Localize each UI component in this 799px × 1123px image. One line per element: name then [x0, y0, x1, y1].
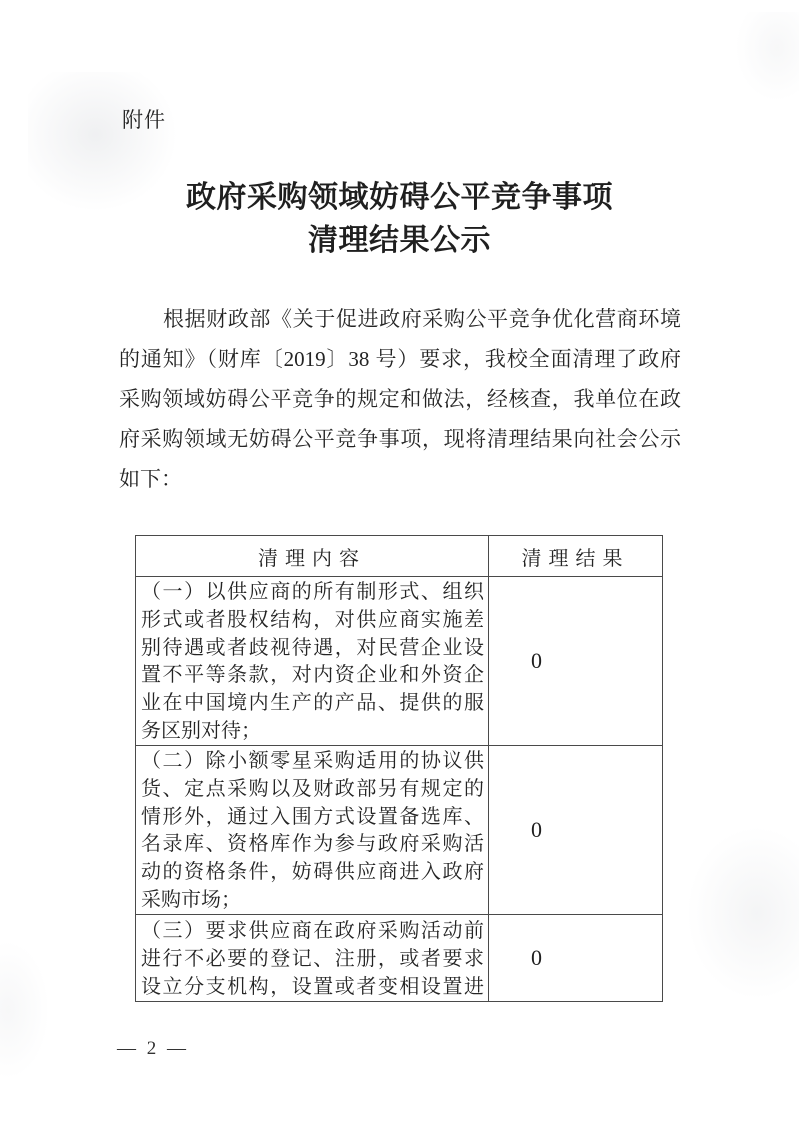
body-paragraph: 根据财政部《关于促进政府采购公平竞争优化营商环境 的通知》（财库〔2019〕38… — [119, 299, 681, 499]
body-line: 的通知》（财库〔2019〕38 号）要求，我校全面清理了政府 — [119, 339, 681, 379]
document-title: 政府采购领域妨碍公平竞争事项 清理结果公示 — [0, 176, 799, 262]
cell-line: 货、定点采购以及财政部另有规定的 — [141, 776, 484, 804]
column-header-content: 清理内容 — [136, 536, 489, 576]
body-line: 府采购领域无妨碍公平竞争事项，现将清理结果向社会公示 — [119, 419, 681, 459]
table-row: （二）除小额零星采购适用的协议供 货、定点采购以及财政部另有规定的 情形外，通过… — [136, 745, 662, 914]
title-line-2: 清理结果公示 — [0, 219, 799, 262]
cell-line: 设立分支机构，设置或者变相设置进 — [141, 973, 484, 1001]
content-cell: （二）除小额零星采购适用的协议供 货、定点采购以及财政部另有规定的 情形外，通过… — [136, 746, 489, 914]
result-cell: 0 — [489, 915, 662, 1001]
column-header-result: 清理结果 — [489, 536, 662, 576]
cell-line: 形式或者股权结构，对供应商实施差 — [141, 607, 484, 635]
table-row: （一）以供应商的所有制形式、组织 形式或者股权结构，对供应商实施差 别待遇或者歧… — [136, 576, 662, 745]
content-cell: （一）以供应商的所有制形式、组织 形式或者股权结构，对供应商实施差 别待遇或者歧… — [136, 577, 489, 745]
body-line: 根据财政部《关于促进政府采购公平竞争优化营商环境 — [119, 299, 681, 339]
scan-artifact — [735, 12, 799, 102]
scan-artifact — [688, 828, 799, 998]
result-cell: 0 — [489, 577, 662, 745]
body-line: 采购领域妨碍公平竞争的规定和做法，经核查，我单位在政 — [119, 379, 681, 419]
cell-line: 别待遇或者歧视待遇，对民营企业设 — [141, 635, 484, 663]
cell-line: （三）要求供应商在政府采购活动前 — [141, 917, 484, 945]
cell-line: 情形外，通过入围方式设置备选库、 — [141, 804, 484, 832]
cell-line: 进行不必要的登记、注册，或者要求 — [141, 945, 484, 973]
result-cell: 0 — [489, 746, 662, 914]
body-line: 如下： — [119, 459, 681, 499]
title-line-1: 政府采购领域妨碍公平竞争事项 — [0, 176, 799, 219]
attachment-label: 附件 — [122, 104, 166, 134]
cell-line: 务区别对待； — [141, 718, 484, 746]
content-cell: （三）要求供应商在政府采购活动前 进行不必要的登记、注册，或者要求 设立分支机构… — [136, 915, 489, 1001]
cell-line: （二）除小额零星采购适用的协议供 — [141, 748, 484, 776]
table-header-row: 清理内容 清理结果 — [136, 536, 662, 576]
cell-line: 采购市场； — [141, 887, 484, 915]
document-page: 附件 政府采购领域妨碍公平竞争事项 清理结果公示 根据财政部《关于促进政府采购公… — [0, 0, 799, 1123]
scan-artifact — [0, 940, 50, 1080]
cell-line: （一）以供应商的所有制形式、组织 — [141, 579, 484, 607]
table-row-truncated: （三）要求供应商在政府采购活动前 进行不必要的登记、注册，或者要求 设立分支机构… — [136, 914, 662, 1001]
clearance-table: 清理内容 清理结果 （一）以供应商的所有制形式、组织 形式或者股权结构，对供应商… — [135, 535, 663, 1002]
page-number: — 2 — — [117, 1038, 189, 1060]
cell-line: 业在中国境内生产的产品、提供的服 — [141, 690, 484, 718]
cell-line: 动的资格条件，妨碍供应商进入政府 — [141, 859, 484, 887]
cell-line: 置不平等条款，对内资企业和外资企 — [141, 662, 484, 690]
cell-line: 名录库、资格库作为参与政府采购活 — [141, 831, 484, 859]
